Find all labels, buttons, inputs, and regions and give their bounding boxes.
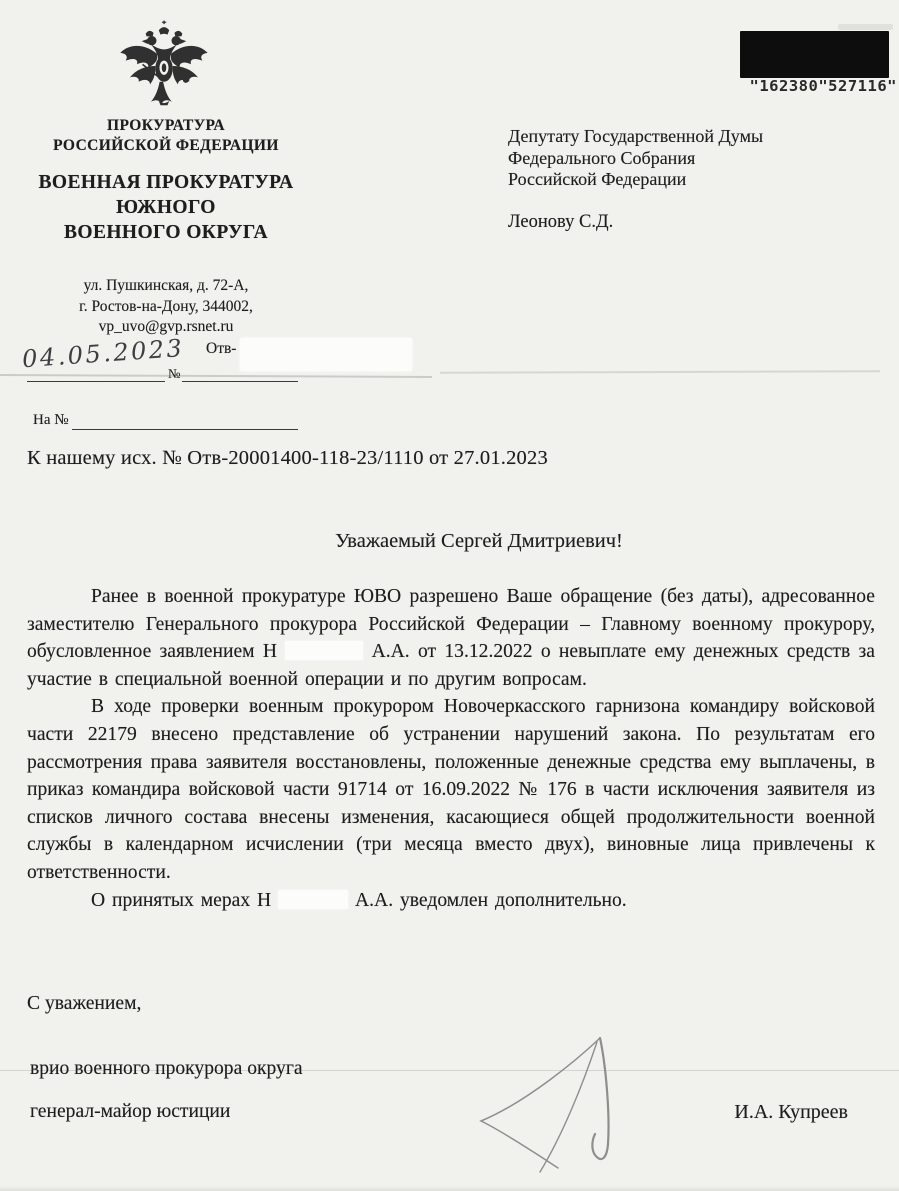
body-paragraph-2: В ходе проверки военным прокурором Новоч… [27,693,875,886]
recipient-name: Леонову С.Д. [508,212,613,233]
office-name-line3: ВОЕННОГО ОКРУГА [10,220,322,245]
na-number-label: На № [33,412,69,429]
signer-name: И.А. Купреев [640,1101,848,1124]
handwritten-date: 04.05.2023 [21,335,173,373]
redaction-white-box [240,338,412,371]
number-underline [182,381,298,382]
office-name-line1: ВОЕННАЯ ПРОКУРАТУРА [10,170,322,195]
redaction-white-box [285,641,363,660]
redaction-black-box [740,31,889,78]
scan-artifact-smudge [838,24,893,30]
address-line1: ул. Пушкинская, д. 72-А, [18,276,314,297]
recipient-block: Депутату Государственной Думы Федерально… [508,126,878,191]
recipient-line2: Федерального Собрания [508,148,878,170]
org-name-block: ПРОКУРАТУРА РОССИЙСКОЙ ФЕДЕРАЦИИ [18,116,314,156]
office-name-line2: ЮЖНОГО [10,195,322,220]
otv-label: Отв- [206,340,236,358]
scanned-letter-page: { "letterhead": { "emblem_icon": "russia… [0,0,899,1191]
outgoing-reference-line: К нашему исх. № Отв-20001400-118-23/1110… [27,447,548,470]
body-paragraph-1: Ранее в военной прокуратуре ЮВО разрешен… [27,583,875,693]
scan-artifact-line [0,374,432,377]
closing-regards: С уважением, [27,993,141,1015]
recipient-line1: Депутату Государственной Думы [508,126,878,148]
barcode-number: "162380"527116" [700,77,897,95]
date-underline [27,381,165,382]
org-name-line1: ПРОКУРАТУРА [18,116,314,136]
address-block: ул. Пушкинская, д. 72-А, г. Ростов-на-До… [18,276,314,338]
address-line2: г. Ростов-на-Дону, 344002, [18,297,314,318]
org-name-line2: РОССИЙСКОЙ ФЕДЕРАЦИИ [18,136,314,156]
signer-position-line1: врио военного прокурора округа [30,1058,303,1080]
number-sign-label: № [168,366,180,382]
signer-position-line2: генерал-майор юстиции [30,1101,230,1123]
redaction-white-box [278,890,348,909]
p3-text-after: А.А. уведомлен дополнительно. [355,890,627,911]
office-name-block: ВОЕННАЯ ПРОКУРАТУРА ЮЖНОГО ВОЕННОГО ОКРУ… [10,170,322,245]
letter-body: Ранее в военной прокуратуре ЮВО разрешен… [27,583,875,914]
handwritten-signature [455,1022,665,1190]
salutation: Уважаемый Сергей Дмитриевич! [55,530,899,553]
recipient-line3: Российской Федерации [508,169,878,191]
na-number-underline [72,429,298,430]
coat-of-arms-eagle-icon [116,20,212,112]
body-paragraph-3: О принятых мерах Н А.А. уведомлен дополн… [27,887,875,915]
p3-text-before: О принятых мерах Н [91,890,271,911]
scan-artifact-line [440,370,880,373]
scan-bottom-edge [0,1186,899,1191]
